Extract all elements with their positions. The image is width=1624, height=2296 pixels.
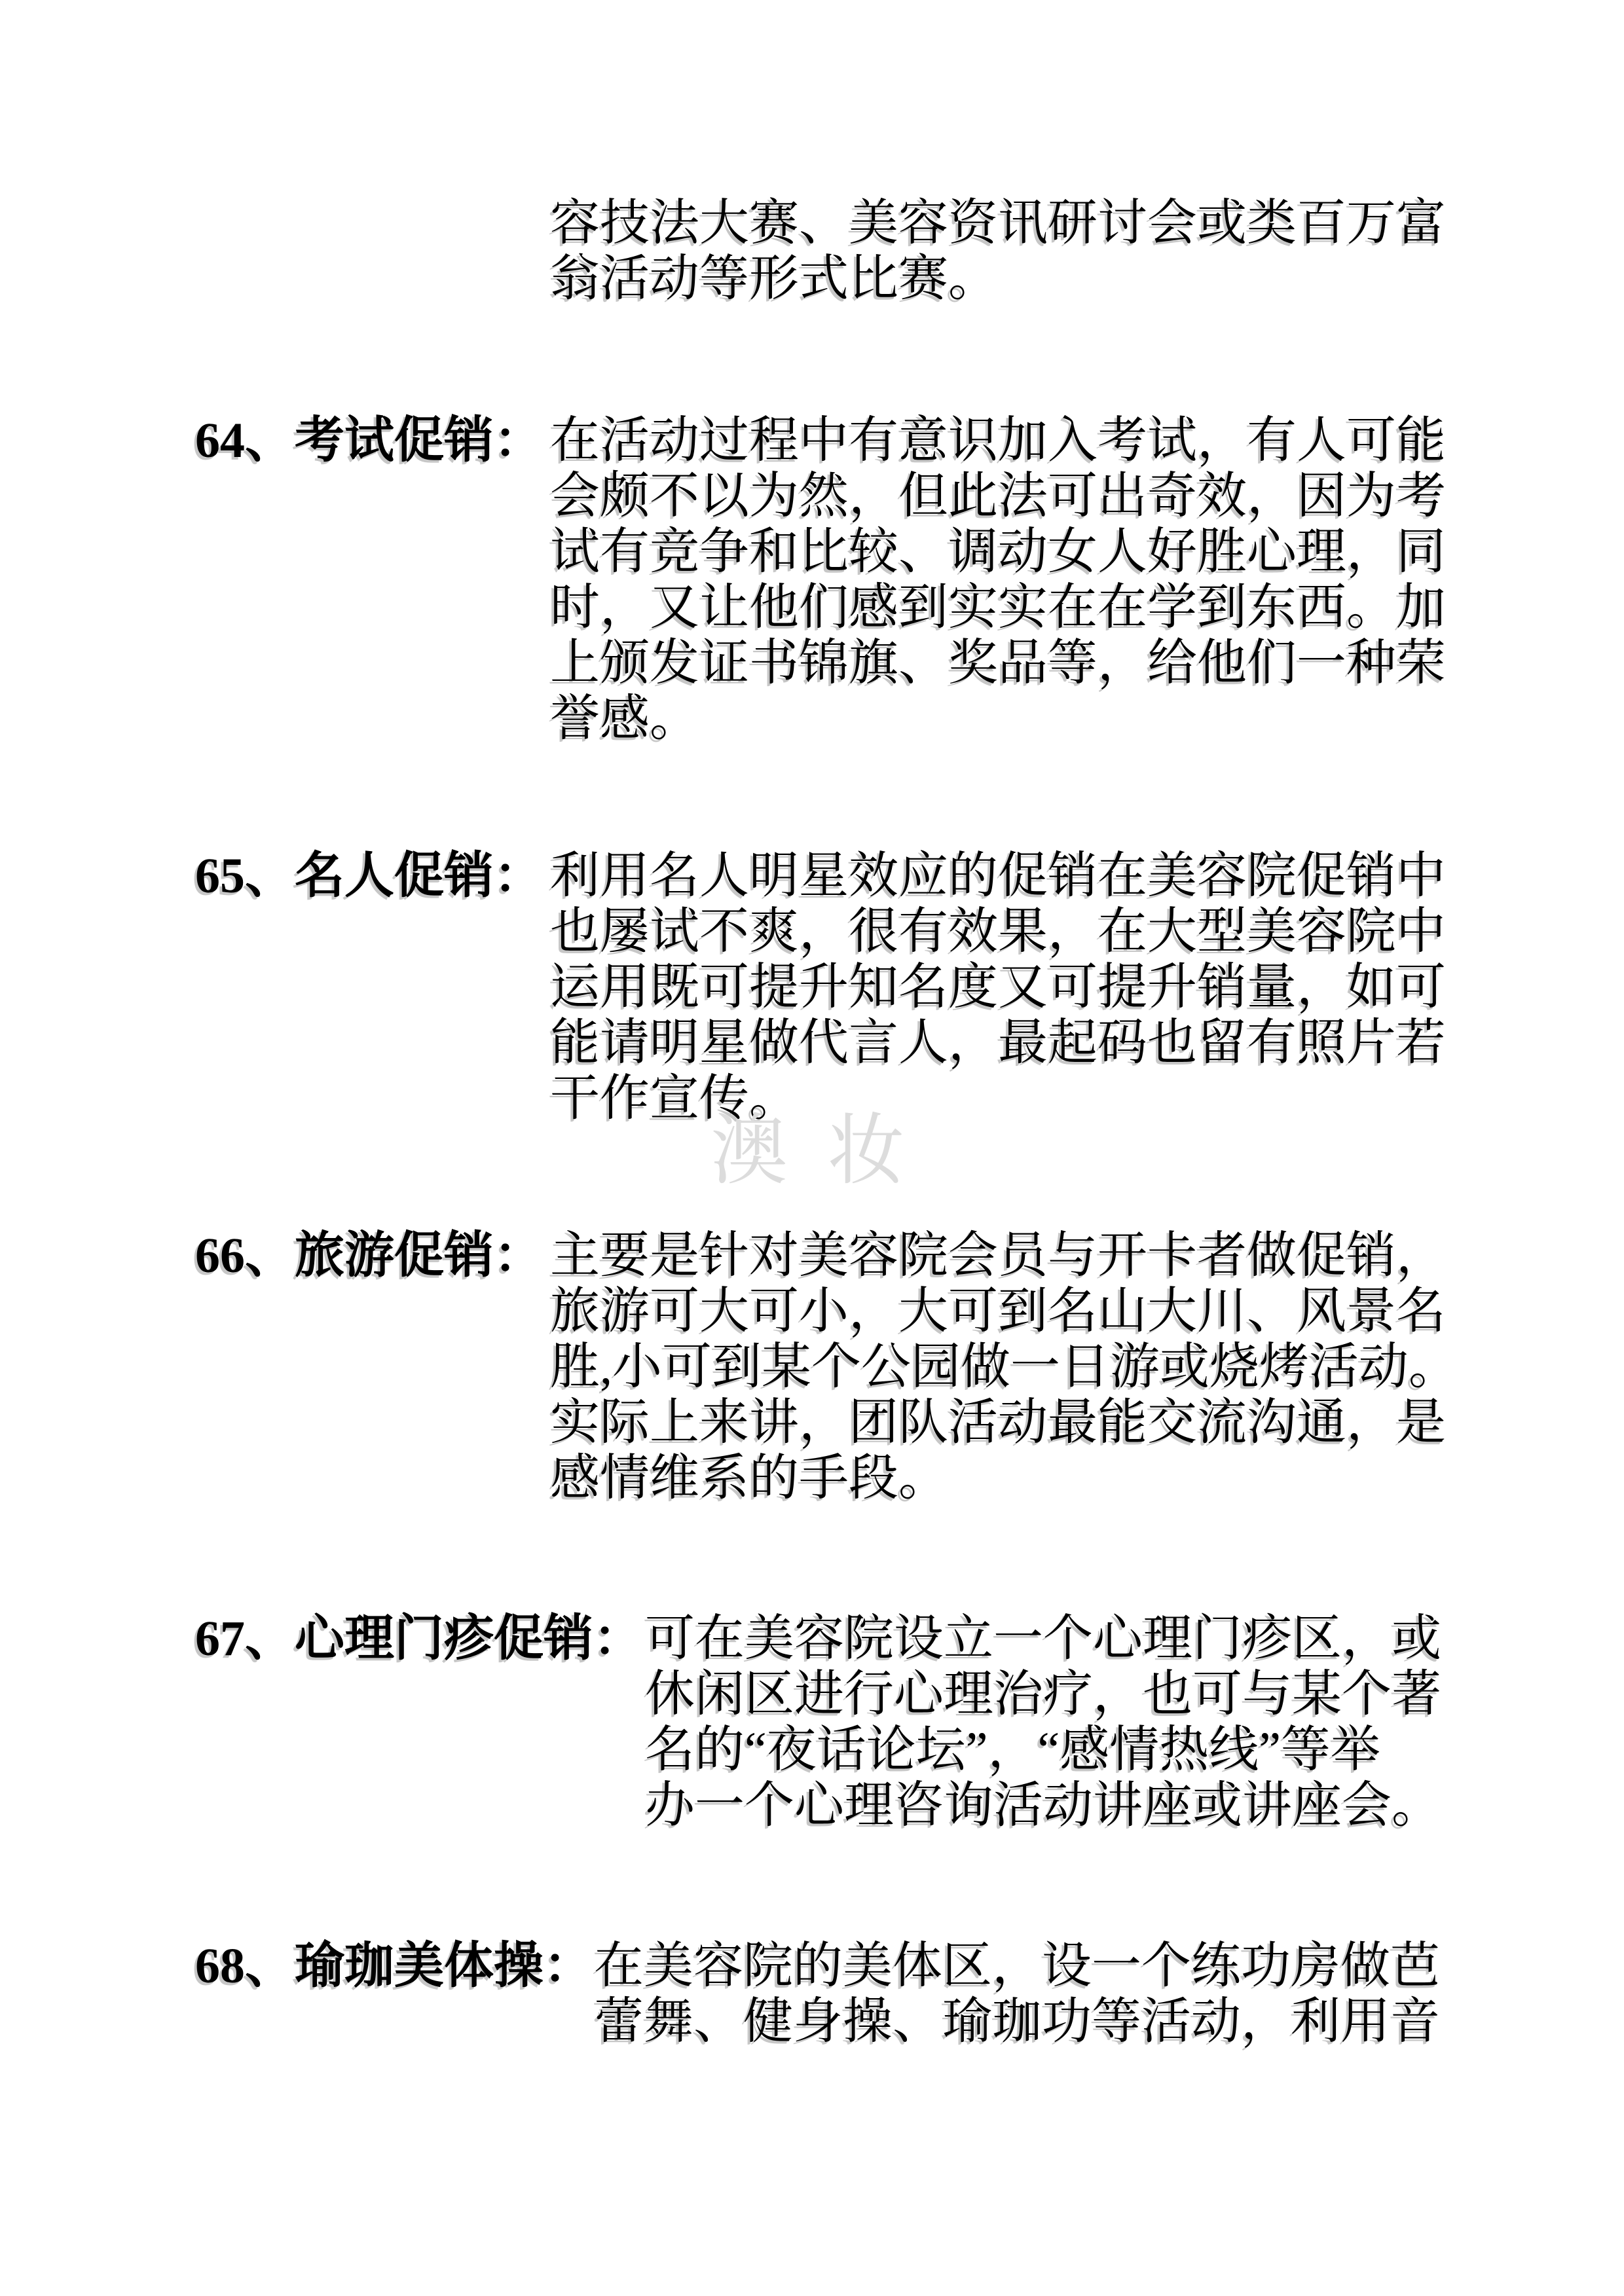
item-68-body: 在美容院的美体区，设一个练功房做芭 蕾舞、健身操、瑜珈功等活动，利用音 <box>594 1939 1440 2050</box>
item-68-heading: 68、瑜珈美体操： <box>195 1939 593 1994</box>
item-65-number: 65、 <box>195 848 295 903</box>
item-66-heading: 66、旅游促销： <box>195 1228 544 1284</box>
document-page: 容技法大赛、美容资讯研讨会或类百万富 翁活动等形式比赛。 64、考试促销： 在活… <box>0 0 1624 2296</box>
paragraph-continuation-text: 容技法大赛、美容资讯研讨会或类百万富 翁活动等形式比赛。 <box>550 196 1446 307</box>
item-64-number: 64、 <box>195 413 295 468</box>
watermark-text: 澳 妆 <box>710 1108 914 1194</box>
item-66-body: 主要是针对美容院会员与开卡者做促销， 旅游可大可小，大可到名山大川、风景名 胜,… <box>550 1228 1458 1506</box>
item-68-number: 68、 <box>195 1939 295 1994</box>
item-67-heading: 67、心理门疹促销： <box>195 1611 643 1667</box>
item-66-title: 旅游促销： <box>295 1228 544 1283</box>
item-65-body: 利用名人明星效应的促销在美容院促销中 也屡试不爽，很有效果，在大型美容院中 运用… <box>550 848 1446 1127</box>
item-66-number: 66、 <box>195 1228 295 1283</box>
item-67-number: 67、 <box>195 1611 295 1666</box>
item-64-title: 考试促销： <box>295 413 544 468</box>
item-65-title: 名人促销： <box>295 848 544 903</box>
item-68-title: 瑜珈美体操： <box>295 1939 593 1994</box>
item-65-heading: 65、名人促销： <box>195 848 544 904</box>
item-67-title: 心理门疹促销： <box>295 1611 643 1666</box>
item-67-body: 可在美容院设立一个心理门疹区，或 休闲区进行心理治疗，也可与某个著 名的“夜话论… <box>645 1611 1441 1834</box>
item-64-body: 在活动过程中有意识加入考试，有人可能 会颇不以为然，但此法可出奇效，因为考 试有… <box>550 413 1446 747</box>
item-64-heading: 64、考试促销： <box>195 413 544 469</box>
